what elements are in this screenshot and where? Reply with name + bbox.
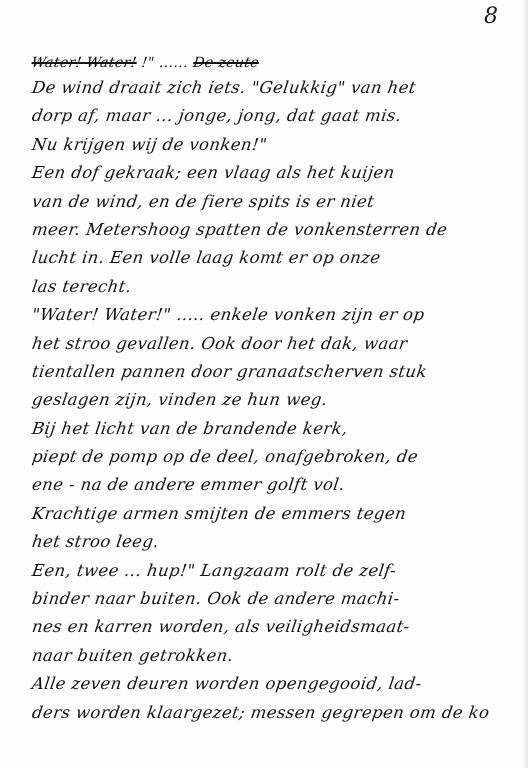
text-line: Krachtige armen smijten de emmers tegen xyxy=(30,500,528,528)
document-page: 8 Water! Water! !" ...... De zeute De wi… xyxy=(0,0,528,768)
handwritten-text-block: Water! Water! !" ...... De zeute De wind… xyxy=(30,52,526,727)
text-line: "Water! Water!" ..... enkele vonken zijn… xyxy=(30,301,528,329)
text-line: binder naar buiten. Ook de andere machi- xyxy=(30,585,528,613)
text-line: ene - na de andere emmer golft vol. xyxy=(30,471,528,499)
text-line: Bij het licht van de brandende kerk, xyxy=(30,415,528,443)
text-line: piept de pomp op de deel, onafgebroken, … xyxy=(30,443,528,471)
text-line: geslagen zijn, vinden ze hun weg. xyxy=(30,386,528,414)
text-line: het stroo leeg. xyxy=(30,528,528,556)
struck-text: Water! Water! xyxy=(30,55,137,71)
heading-ellipsis: !" ...... xyxy=(140,55,189,71)
text-line: lucht in. Een volle laag komt er op onze xyxy=(30,244,528,272)
text-line: nes en karren worden, als veiligheidsmaa… xyxy=(30,613,528,641)
text-line: meer. Metershoog spatten de vonkensterre… xyxy=(30,216,528,244)
text-line: tientallen pannen door granaatscherven s… xyxy=(30,358,528,386)
text-line: Een, twee ... hup!" Langzaam rolt de zel… xyxy=(30,557,528,585)
struck-heading-line: Water! Water! !" ...... De zeute xyxy=(30,52,528,74)
text-line: ders worden klaargezet; messen gegrepen … xyxy=(30,699,528,727)
text-line: las terecht. xyxy=(30,273,528,301)
text-line: Een dof gekraak; een vlaag als het kuije… xyxy=(30,159,528,187)
text-line: De wind draait zich iets. "Gelukkig" van… xyxy=(30,74,528,102)
text-line: Alle zeven deuren worden opengegooid, la… xyxy=(30,670,528,698)
struck-text: De zeute xyxy=(192,55,260,71)
page-number: 8 xyxy=(484,4,498,29)
text-line: naar buiten getrokken. xyxy=(30,642,528,670)
text-line: van de wind, en de fiere spits is er nie… xyxy=(30,188,528,216)
text-line: dorp af, maar ... jonge, jong, dat gaat … xyxy=(30,102,528,130)
text-line: het stroo gevallen. Ook door het dak, wa… xyxy=(30,330,528,358)
text-line: Nu krijgen wij de vonken!" xyxy=(30,131,528,159)
